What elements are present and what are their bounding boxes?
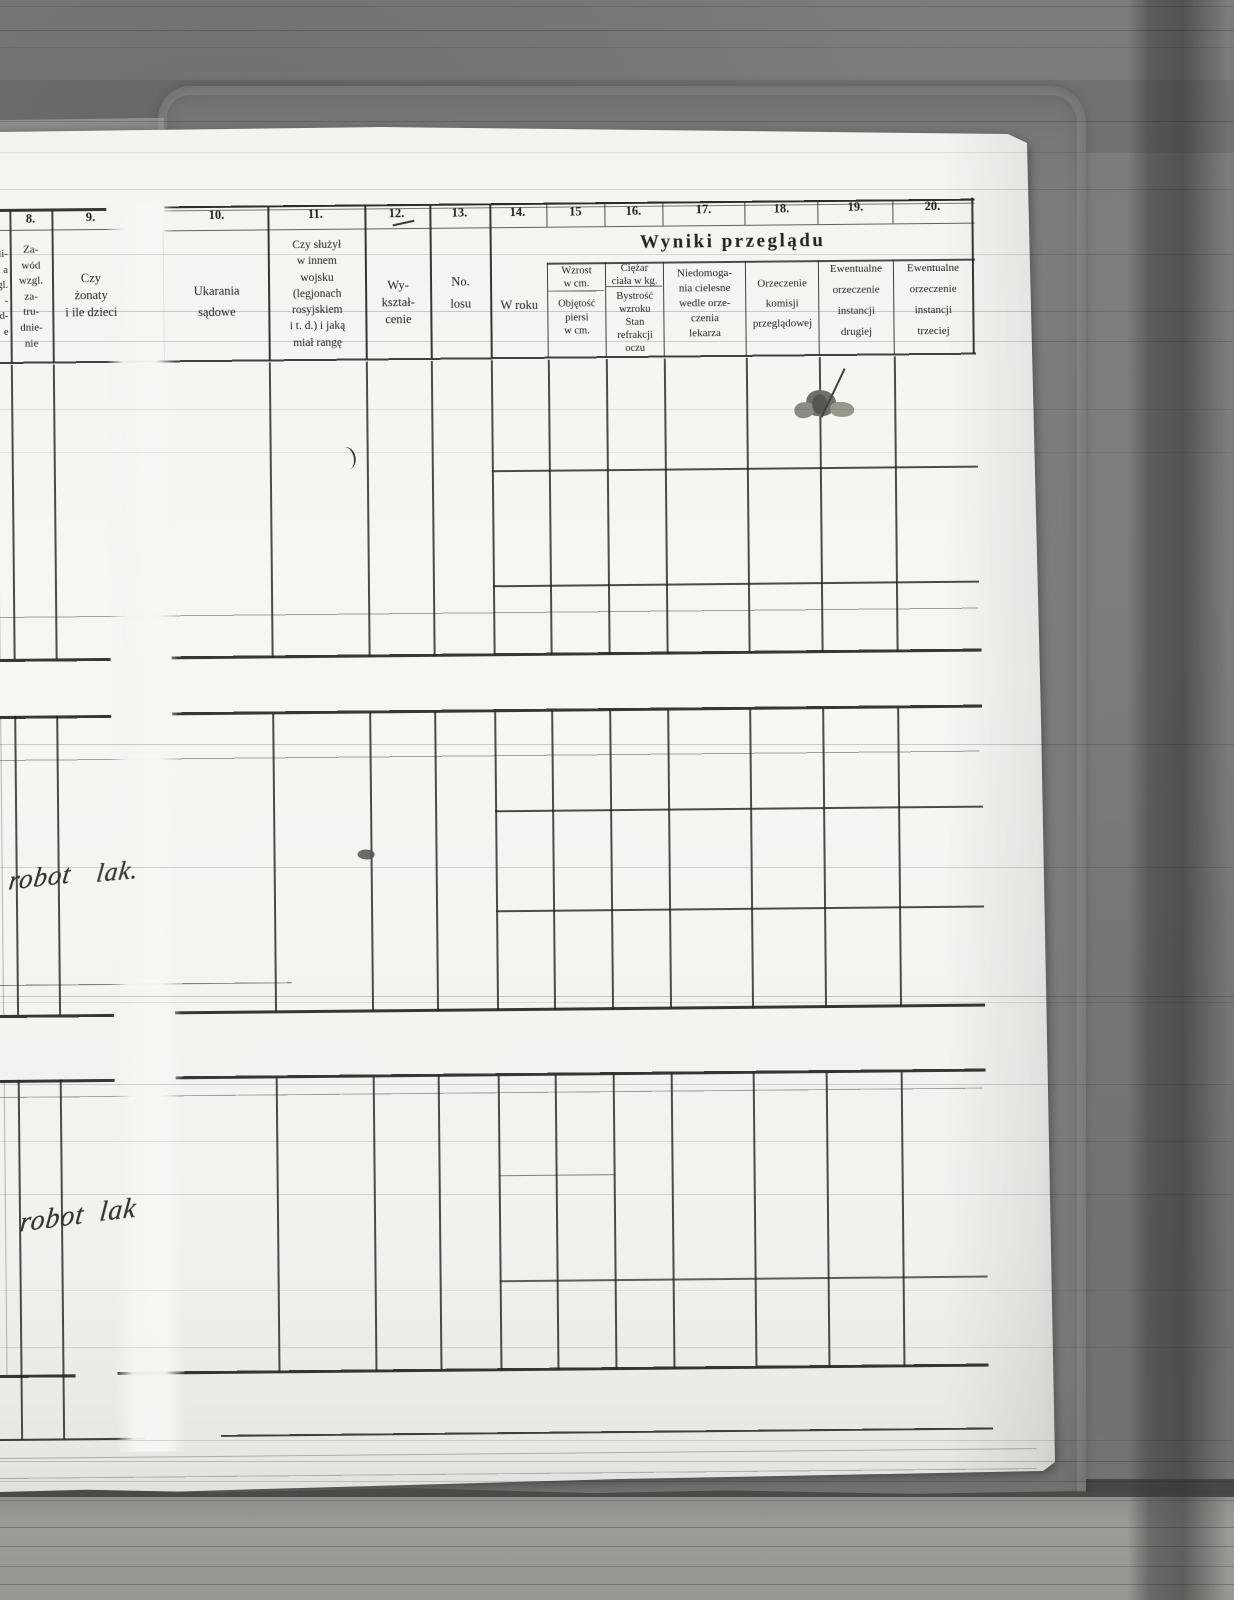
grid-line [175,1004,985,1015]
grid-line [753,1073,757,1368]
column-number-19: 19. [847,200,863,215]
grid-line [606,359,610,654]
column-header-wzrost: Wzrost w cm. [548,265,605,291]
grid-line [373,1076,377,1371]
grid-line [894,356,898,651]
column-header-wyksztalcenie: Wy- kształ- cenie [366,277,430,329]
column-header-orzeczenie-komisji: Orzeczenie komisji przeglądowej [746,273,819,334]
grid-line [269,362,273,657]
grid-line [746,358,750,653]
grid-line [438,1076,442,1371]
pen-curve-mark [338,445,358,471]
grid-line [53,364,57,659]
grid-line [21,1375,23,1440]
grid-line [555,1075,559,1370]
column-number-9: 9. [86,210,96,225]
handwritten-marital-row1: lak. [95,855,141,890]
grid-line [0,365,1,660]
column-number-18: 18. [773,201,789,216]
grid-line [664,359,668,654]
column-header-niedomogania: Niedomoga- nia cielesne wedle orze- czen… [664,266,746,342]
column-number-17: 17. [695,202,711,217]
grid-line [276,1077,280,1372]
grid-line [0,1468,1036,1479]
column-header-w-roku: W roku [491,298,547,314]
ink-smudge [357,848,375,860]
column-header-bystrosc-wzroku: Bystrość wzroku Stan refrakcji oczu [606,290,664,356]
grid-line [63,1374,65,1439]
ink-blot [792,378,873,441]
grid-line [671,1074,675,1369]
handwritten-occupation-row2: robot [18,1199,86,1240]
column-number-16: 16. [625,204,641,219]
grid-line [176,1069,986,1080]
column-header-czy-zonaty: Czy żonaty i ile dzieci [45,270,137,322]
grid-line [493,581,979,587]
page-fold-crease [104,201,186,1452]
grid-line [4,1080,8,1375]
grid-line [0,1014,114,1019]
column-header-ciezar-ciala: Ciężar ciała w kg. [606,263,663,289]
grid-line [366,361,370,656]
grid-line [901,1071,905,1366]
grid-line [431,361,435,656]
column-number-20: 20. [924,199,940,214]
register-table: 8. 9. 10. 11. 12. 13. 14. 15 16. 17. 18.… [0,0,1077,1515]
grid-line [498,1075,502,1370]
scanned-register-document: 8. 9. 10. 11. 12. 13. 14. 15 16. 17. 18.… [0,0,1234,1600]
column-number-14: 14. [510,205,526,220]
register-page: 8. 9. 10. 11. 12. 13. 14. 15 16. 17. 18.… [0,0,1070,1515]
column-header-orzeczenie-trzeciej: Ewentualne orzeczenie instancji trzeciej [894,258,973,343]
grid-line [172,649,982,660]
grid-line [172,705,982,716]
grid-line [0,1374,76,1378]
column-header-objetosc-piersi: Objętość piersi w cm. [548,297,605,338]
grid-line [496,906,984,912]
column-number-11: 11. [308,207,323,222]
binding-shadow-band [1128,0,1228,1600]
grid-line [495,806,983,812]
column-number-12: 12. [389,206,405,221]
grid-line [11,365,15,660]
column-number-8: 8. [26,212,36,227]
handwritten-occupation-row1: robot [7,858,73,897]
column-header-no-losu: No. losu [431,270,490,315]
column-header-czy-sluzyl: Czy służył w innem wojsku (legjonach ros… [269,236,366,351]
grid-line [500,1276,988,1282]
grid-line [826,1072,830,1367]
results-banner: Wyniki przeglądu [492,229,974,256]
grid-line [548,360,552,655]
clipped-previous-column-text: li- a gl. - d- e [0,247,9,340]
grid-line [117,1364,988,1375]
grid-line [0,658,111,663]
handwritten-marital-row2: lak [98,1192,138,1229]
grid-line [491,360,495,655]
column-number-13: 13. [452,205,468,220]
grid-line [492,466,978,472]
column-header-orzeczenie-drugiej: Ewentualne orzeczenie instancji drugiej [819,258,894,343]
grid-line [221,1427,993,1437]
column-number-10: 10. [209,208,225,223]
scanner-background-bottom [0,1497,1234,1600]
grid-line [613,1074,617,1369]
column-header-ukarania-sadowe: Ukarania sądowe [165,280,268,323]
column-number-15: 15 [569,204,582,219]
